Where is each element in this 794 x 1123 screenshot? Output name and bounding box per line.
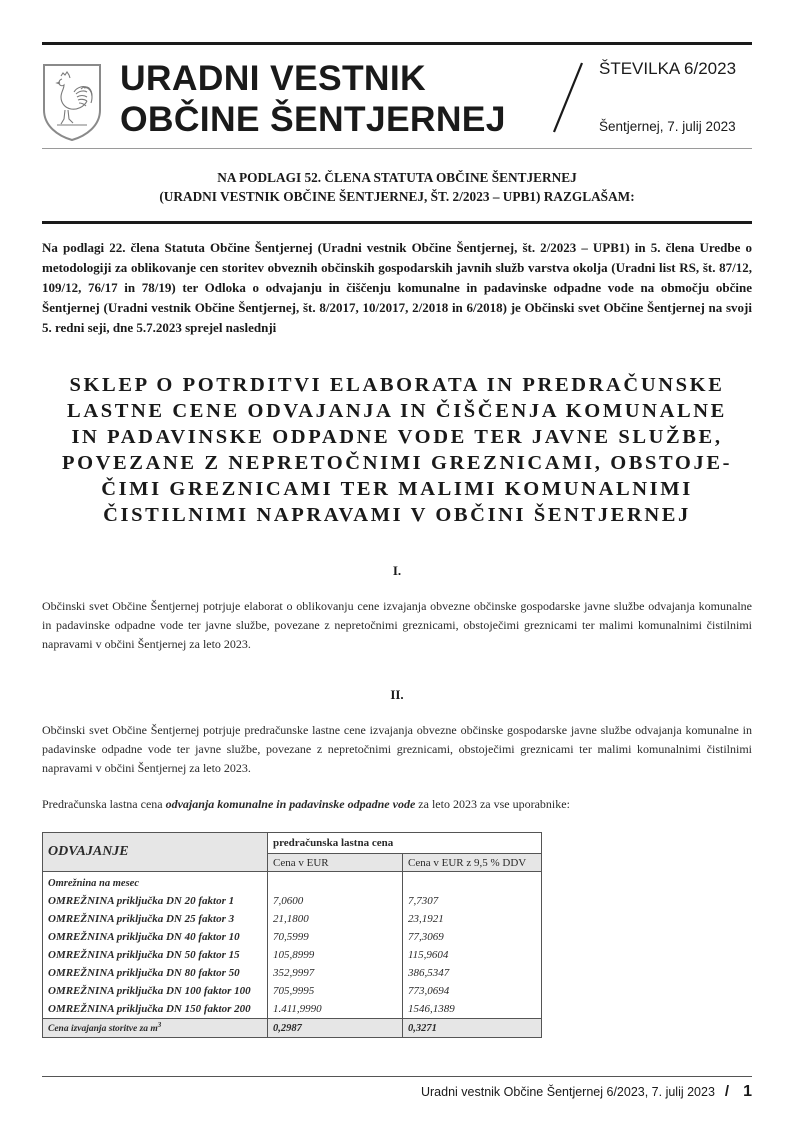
title-line-1: URADNI VESTNIK xyxy=(120,58,506,99)
row-label: OMREŽNINA priključka DN 50 faktor 15 xyxy=(43,946,268,964)
masthead-rule xyxy=(42,148,752,149)
preamble-paragraph: Na podlagi 22. člena Statuta Občine Šent… xyxy=(42,238,752,338)
table-row: OMREŽNINA priključka DN 25 faktor 3 21,1… xyxy=(43,910,542,928)
footer-price: 0,2987 xyxy=(268,1019,403,1038)
price-intro: Predračunska lastna cena odvajanja komun… xyxy=(42,797,752,812)
issue-number: ŠTEVILKA 6/2023 xyxy=(599,59,736,79)
price-intro-emphasis: odvajanja komunalne in padavinske odpadn… xyxy=(166,797,416,811)
document-page: URADNI VESTNIK OBČINE ŠENTJERNEJ ŠTEVILK… xyxy=(0,0,794,1123)
row-price-vat: 23,1921 xyxy=(403,910,542,928)
row-label: OMREŽNINA priključka DN 100 faktor 100 xyxy=(43,982,268,1000)
empty-cell xyxy=(403,872,542,893)
proclamation-line-2: (URADNI VESTNIK OBČINE ŠENTJERNEJ, ŠT. 2… xyxy=(42,187,752,206)
row-price: 70,5999 xyxy=(268,928,403,946)
decision-title-line: IN PADAVINSKE ODPADNE VODE TER JAVNE SLU… xyxy=(42,424,752,450)
slash-divider-icon xyxy=(548,60,588,135)
footer-label-text: Cena izvajanja storitve za m xyxy=(48,1025,158,1035)
row-price-vat: 773,0694 xyxy=(403,982,542,1000)
decision-title: SKLEP O POTRDITVI ELABORATA IN PREDRAČUN… xyxy=(42,372,752,528)
row-price: 7,0600 xyxy=(268,892,403,910)
price-intro-before: Predračunska lastna cena xyxy=(42,797,166,811)
row-price-vat: 7,7307 xyxy=(403,892,542,910)
row-price-vat: 77,3069 xyxy=(403,928,542,946)
section-rule xyxy=(42,221,752,224)
row-label: OMREŽNINA priključka DN 150 faktor 200 xyxy=(43,1000,268,1019)
decision-title-line: POVEZANE Z NEPRETOČNIMI GREZNICAMI, OBST… xyxy=(42,450,752,476)
table-row: OMREŽNINA priključka DN 80 faktor 50 352… xyxy=(43,964,542,982)
row-price: 21,1800 xyxy=(268,910,403,928)
row-price: 1.411,9990 xyxy=(268,1000,403,1019)
decision-title-line: SKLEP O POTRDITVI ELABORATA IN PREDRAČUN… xyxy=(42,372,752,398)
table-row: OMREŽNINA priključka DN 20 faktor 1 7,06… xyxy=(43,892,542,910)
table-footer-row: Cena izvajanja storitve za m3 0,2987 0,3… xyxy=(43,1019,542,1038)
row-price: 705,9995 xyxy=(268,982,403,1000)
row-label: OMREŽNINA priključka DN 25 faktor 3 xyxy=(43,910,268,928)
footer-rule xyxy=(42,1076,752,1077)
empty-cell xyxy=(268,872,403,893)
footer-label: Cena izvajanja storitve za m3 xyxy=(43,1019,268,1038)
header-odvajanje: ODVAJANJE xyxy=(43,833,268,872)
table-header-row: ODVAJANJE predračunska lastna cena xyxy=(43,833,542,854)
row-price-vat: 115,9604 xyxy=(403,946,542,964)
section-label: Omrežnina na mesec xyxy=(43,872,268,893)
header-group: predračunska lastna cena xyxy=(268,833,542,854)
footer-label-sup: 3 xyxy=(158,1021,162,1029)
row-label: OMREŽNINA priključka DN 80 faktor 50 xyxy=(43,964,268,982)
row-label: OMREŽNINA priključka DN 40 faktor 10 xyxy=(43,928,268,946)
page-number: 1 xyxy=(743,1083,752,1101)
proclamation-line-1: NA PODLAGI 52. ČLENA STATUTA OBČINE ŠENT… xyxy=(42,168,752,187)
row-price-vat: 1546,1389 xyxy=(403,1000,542,1019)
decision-title-line: ČISTILNIMI NAPRAVAMI V OBČINI ŠENTJERNEJ xyxy=(42,502,752,528)
title-line-2: OBČINE ŠENTJERNEJ xyxy=(120,99,506,140)
rooster-coat-of-arms-icon xyxy=(41,62,103,142)
table-section-row: Omrežnina na mesec xyxy=(43,872,542,893)
table-row: OMREŽNINA priključka DN 100 faktor 100 7… xyxy=(43,982,542,1000)
header-price-vat: Cena v EUR z 9,5 % DDV xyxy=(403,854,542,872)
page-footer: Uradni vestnik Občine Šentjernej 6/2023,… xyxy=(421,1083,752,1101)
row-price-vat: 386,5347 xyxy=(403,964,542,982)
issue-date: Šentjernej, 7. julij 2023 xyxy=(599,119,736,134)
row-label: OMREŽNINA priključka DN 20 faktor 1 xyxy=(43,892,268,910)
article-text-2: Občinski svet Občine Šentjernej potrjuje… xyxy=(42,721,752,778)
row-price: 105,8999 xyxy=(268,946,403,964)
footer-separator: / xyxy=(725,1083,729,1100)
footer-price-vat: 0,3271 xyxy=(403,1019,542,1038)
decision-title-line: LASTNE CENE ODVAJANJA IN ČIŠČENJA KOMUNA… xyxy=(42,398,752,424)
article-text-1: Občinski svet Občine Šentjernej potrjuje… xyxy=(42,597,752,654)
price-intro-after: za leto 2023 za vse uporabnike: xyxy=(415,797,570,811)
row-price: 352,9997 xyxy=(268,964,403,982)
table-row: OMREŽNINA priključka DN 40 faktor 10 70,… xyxy=(43,928,542,946)
decision-title-line: ČIMI GREZNICAMI TER MALIMI KOMUNALNIMI xyxy=(42,476,752,502)
article-number-1: I. xyxy=(42,563,752,579)
table-row: OMREŽNINA priključka DN 150 faktor 200 1… xyxy=(43,1000,542,1019)
footer-publication: Uradni vestnik Občine Šentjernej 6/2023,… xyxy=(421,1085,715,1099)
article-number-2: II. xyxy=(42,687,752,703)
top-rule xyxy=(42,42,752,45)
table-row: OMREŽNINA priključka DN 50 faktor 15 105… xyxy=(43,946,542,964)
header-price: Cena v EUR xyxy=(268,854,403,872)
price-table: ODVAJANJE predračunska lastna cena Cena … xyxy=(42,832,542,1038)
publication-title: URADNI VESTNIK OBČINE ŠENTJERNEJ xyxy=(120,58,506,140)
proclamation: NA PODLAGI 52. ČLENA STATUTA OBČINE ŠENT… xyxy=(42,168,752,206)
